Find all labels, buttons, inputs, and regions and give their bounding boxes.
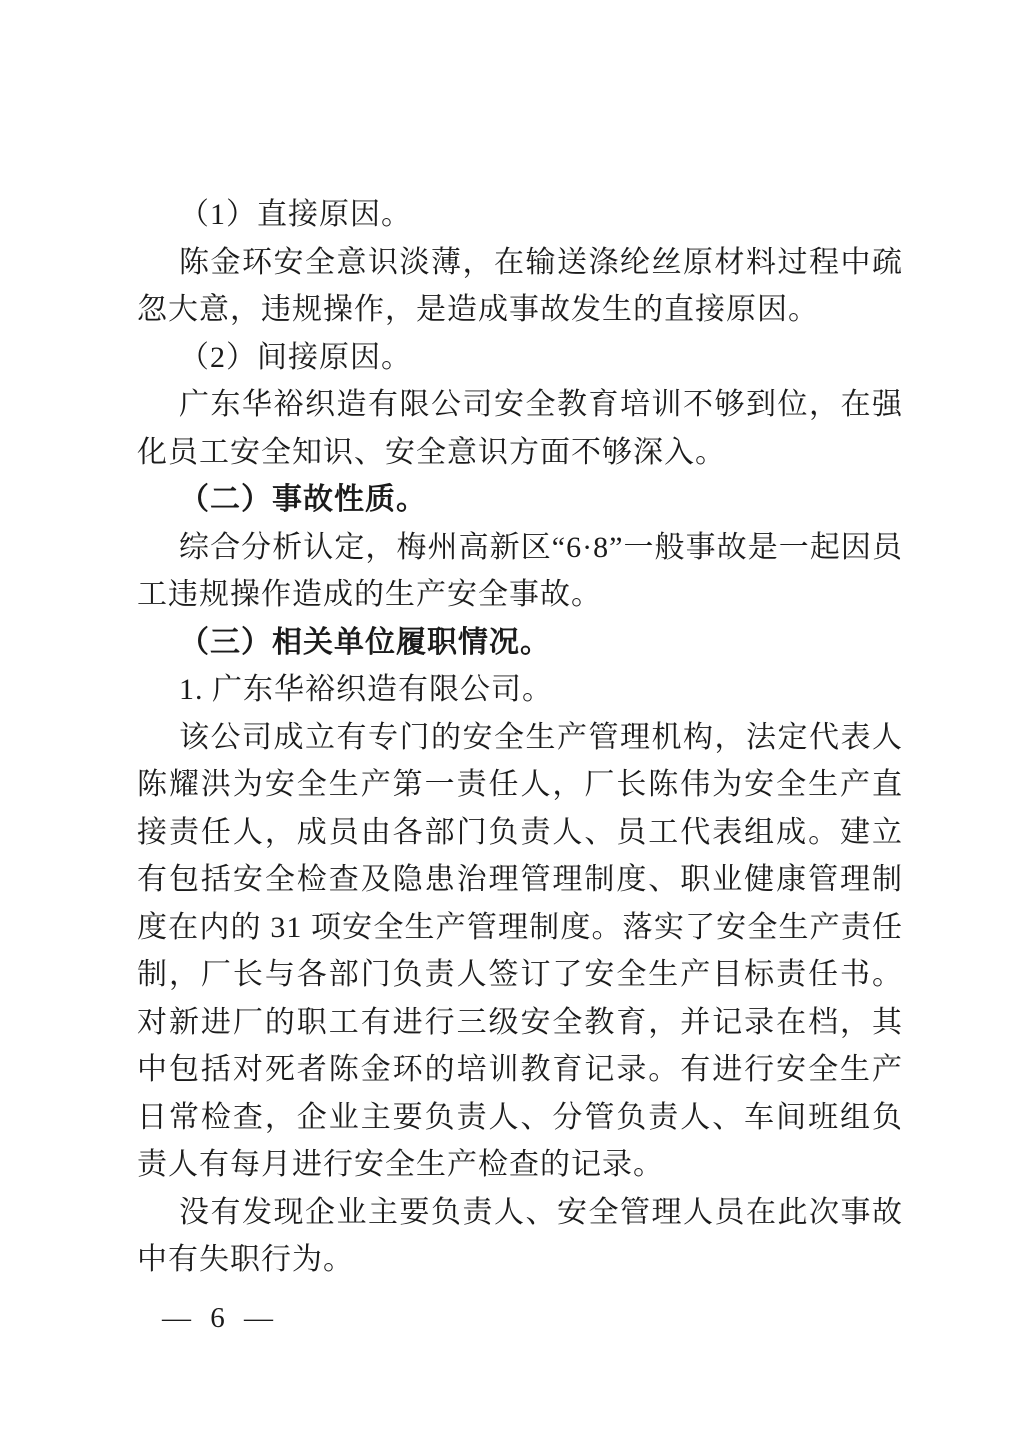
paragraph-company-duty-performance: 该公司成立有专门的安全生产管理机构，法定代表人陈耀洪为安全生产第一责任人，厂长陈… xyxy=(137,714,903,1189)
paragraph-indirect-cause: 广东华裕织造有限公司安全教育培训不够到位，在强化员工安全知识、安全意识方面不够深… xyxy=(137,381,903,476)
subitem-1-direct-cause-heading: （1）直接原因。 xyxy=(137,191,903,239)
section-3-duty-performance-heading: （三）相关单位履职情况。 xyxy=(137,619,903,667)
subitem-2-indirect-cause-heading: （2）间接原因。 xyxy=(137,334,903,382)
item-1-company-name: 1. 广东华裕织造有限公司。 xyxy=(137,666,903,714)
document-body: （1）直接原因。 陈金环安全意识淡薄，在输送涤纶丝原材料过程中疏忽大意，违规操作… xyxy=(137,191,903,1284)
section-2-accident-nature-heading: （二）事故性质。 xyxy=(137,476,903,524)
paragraph-accident-nature: 综合分析认定，梅州高新区“6·8”一般事故是一起因员工违规操作造成的生产安全事故… xyxy=(137,524,903,619)
paragraph-direct-cause: 陈金环安全意识淡薄，在输送涤纶丝原材料过程中疏忽大意，违规操作，是造成事故发生的… xyxy=(137,239,903,334)
paragraph-no-dereliction-found: 没有发现企业主要负责人、安全管理人员在此次事故中有失职行为。 xyxy=(137,1189,903,1284)
page-number: — 6 — xyxy=(162,1302,279,1335)
document-page: （1）直接原因。 陈金环安全意识淡薄，在输送涤纶丝原材料过程中疏忽大意，违规操作… xyxy=(0,0,1025,1450)
